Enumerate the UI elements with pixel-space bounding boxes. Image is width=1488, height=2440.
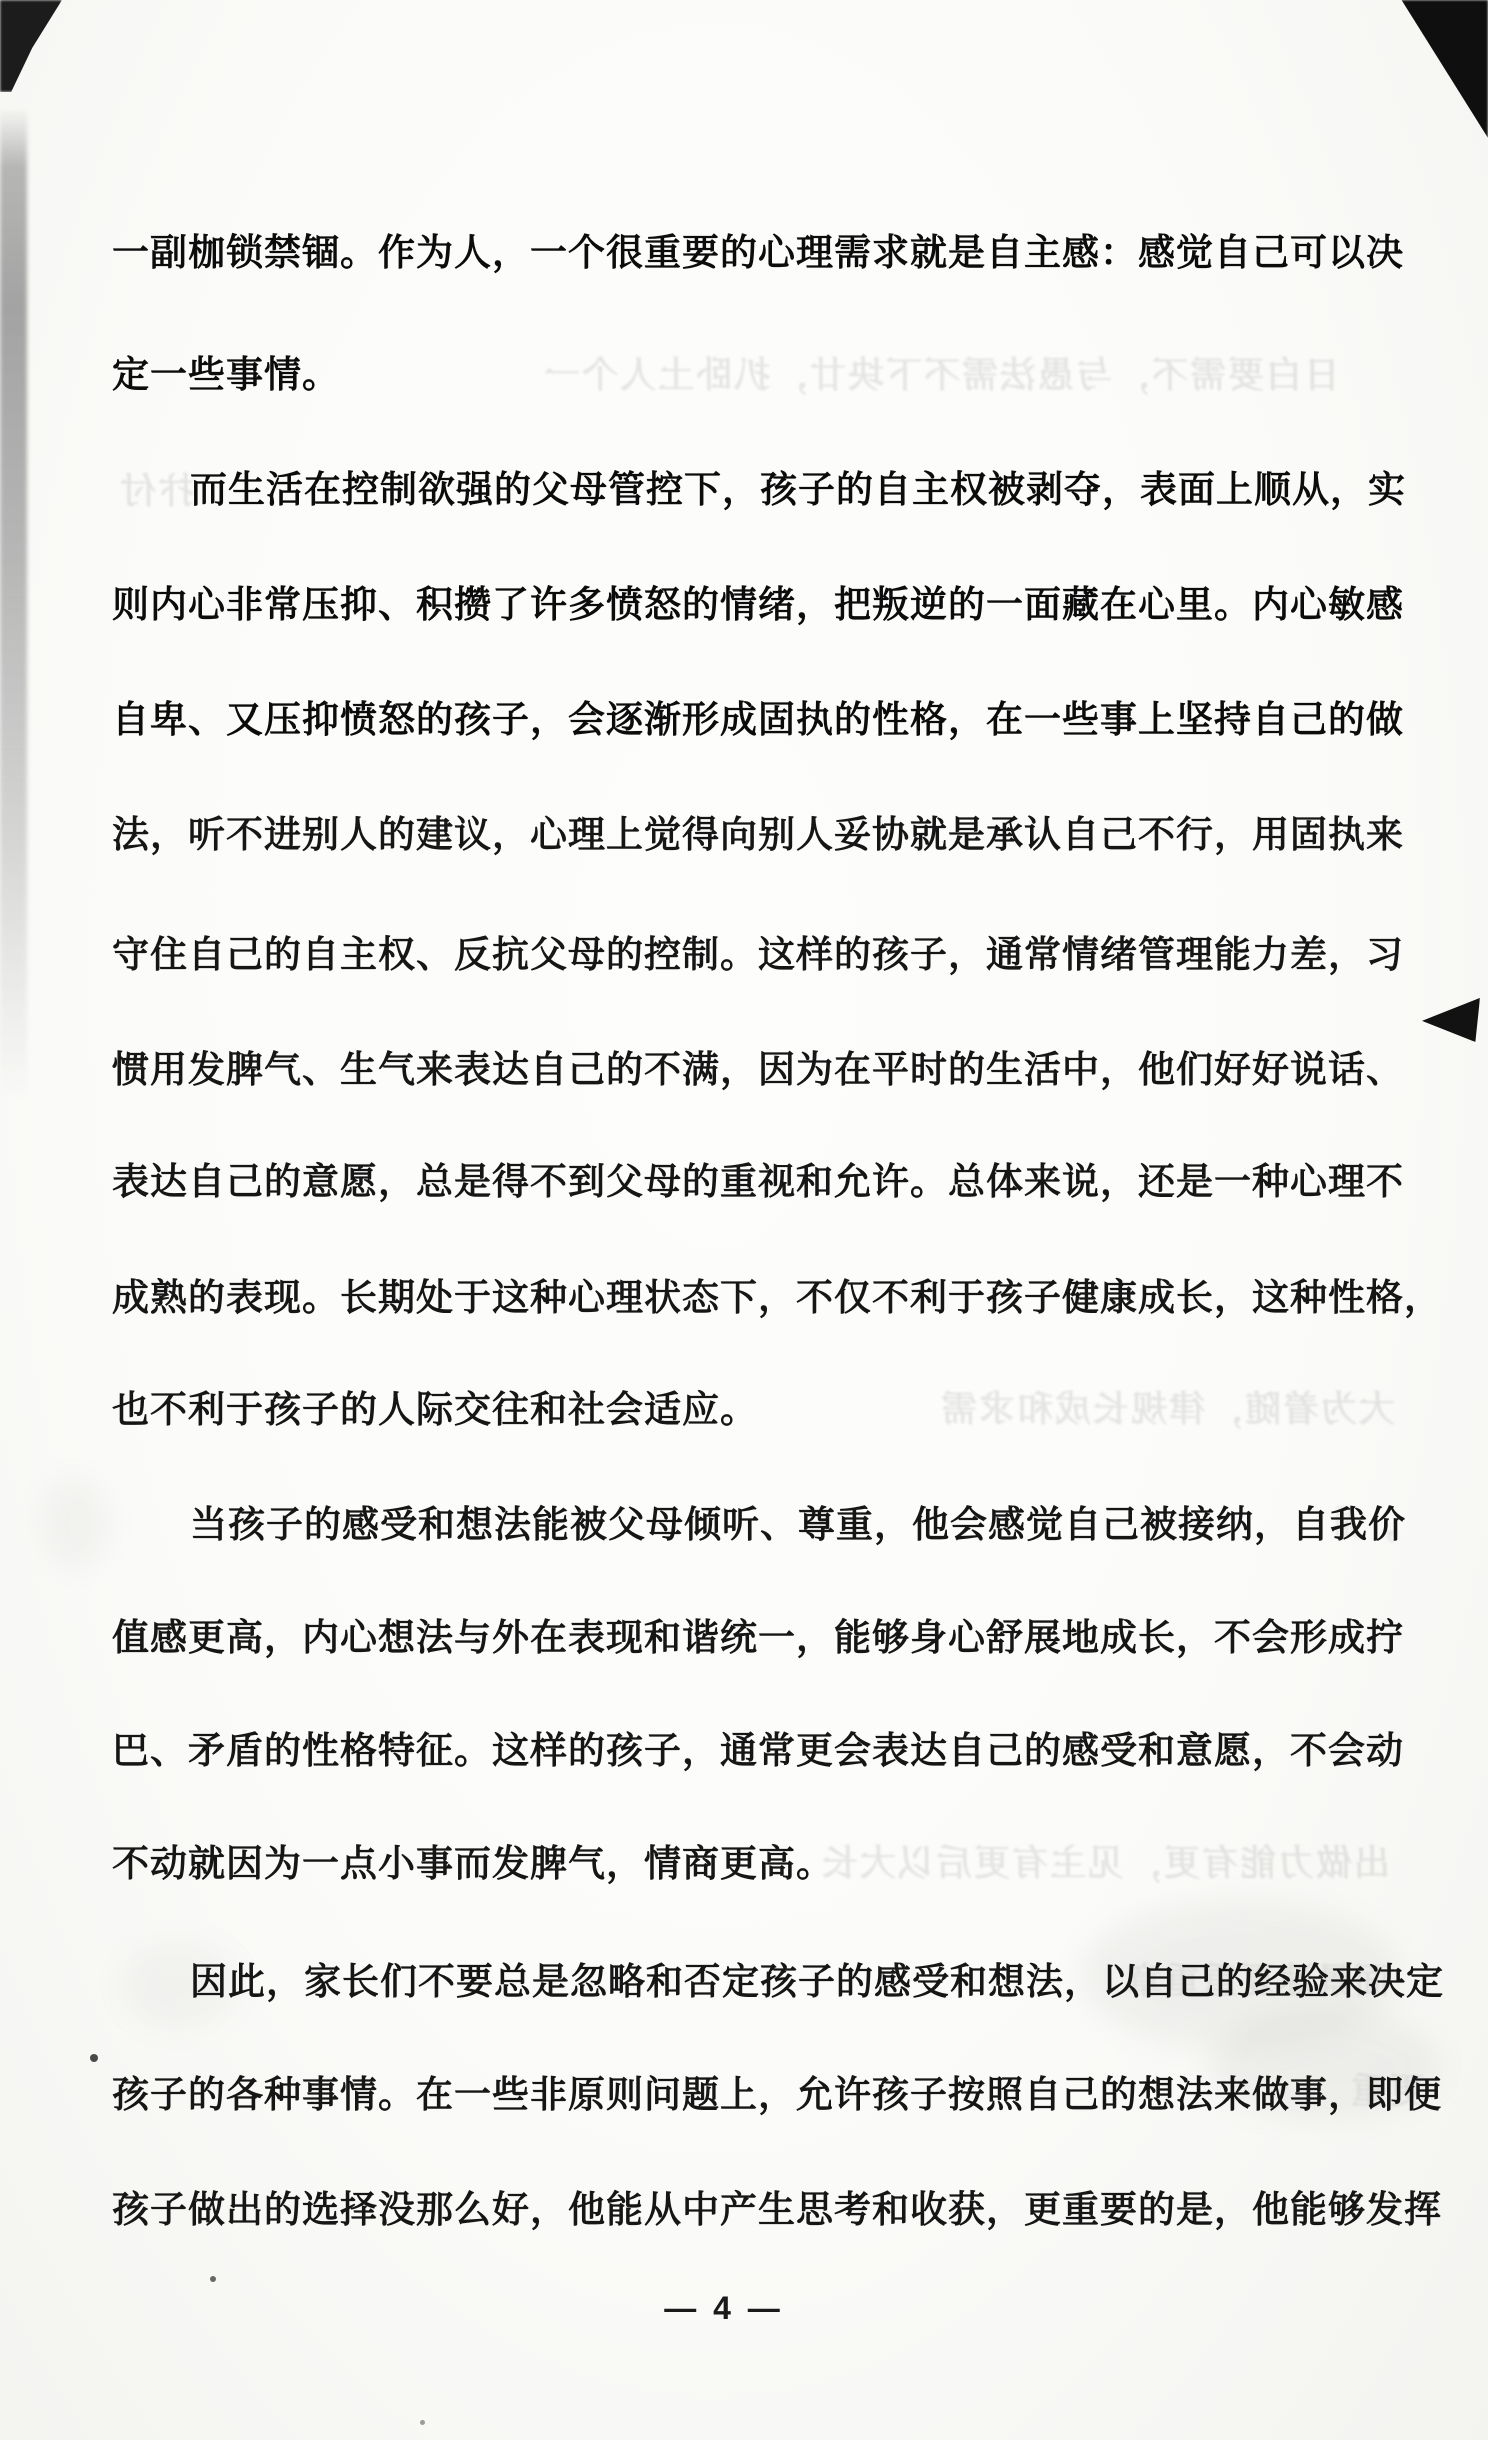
text-line: 孩子的各种事情。在一些非原则问题上，允许孩子按照自己的想法来做事，即便	[112, 2070, 1390, 2120]
ink-speck	[210, 2276, 216, 2282]
text-line: 法，听不进别人的建议，心理上觉得向别人妥协就是承认自己不行，用固执来	[112, 810, 1390, 860]
scanned-book-page: 日白要需不，与愚法需不下块廿，扒卧土人个一 抃付 大为着随，律规长成和求需 ，届…	[0, 0, 1488, 2440]
text-line: 一副枷锁禁锢。作为人，一个很重要的心理需求就是自主感：感觉自己可以决	[112, 228, 1390, 278]
text-line: 成熟的表现。长期处于这种心理状态下，不仅不利于孩子健康成长，这种性格，	[112, 1273, 1390, 1323]
text-line: 当孩子的感受和想法能被父母倾听、尊重，他会感觉自己被接纳，自我价	[112, 1500, 1390, 1550]
text-line: 而生活在控制欲强的父母管控下，孩子的自主权被剥夺，表面上顺从，实	[112, 465, 1390, 515]
text-line: 不动就因为一点小事而发脾气，情商更高。	[112, 1839, 1390, 1889]
ink-speck	[420, 2420, 425, 2425]
text-line: 巴、矛盾的性格特征。这样的孩子，通常更会表达自己的感受和意愿，不会动	[112, 1726, 1390, 1776]
text-line: 值感更高，内心想法与外在表现和谐统一，能够身心舒展地成长，不会形成拧	[112, 1613, 1390, 1663]
text-line: 因此，家长们不要总是忽略和否定孩子的感受和想法，以自己的经验来决定	[112, 1957, 1390, 2007]
scan-corner-mark-top-right	[1396, 0, 1488, 138]
text-line: 守住自己的自主权、反抗父母的控制。这样的孩子，通常情绪管理能力差，习	[112, 930, 1390, 980]
scan-smudge	[40, 1478, 110, 1568]
scan-shadow-band-left	[0, 108, 27, 1098]
text-line: 表达自己的意愿，总是得不到父母的重视和允许。总体来说，还是一种心理不	[112, 1157, 1390, 1207]
scan-corner-mark-top-left	[0, 0, 62, 92]
ink-speck	[90, 2054, 98, 2062]
page-number: — 4 —	[0, 2290, 1448, 2327]
text-line: 自卑、又压抑愤怒的孩子，会逐渐形成固执的性格，在一些事上坚持自己的做	[112, 695, 1390, 745]
text-line: 定一些事情。	[112, 350, 1390, 400]
scan-mark-arrow-right-edge	[1422, 996, 1480, 1042]
text-line: 也不利于孩子的人际交往和社会适应。	[112, 1385, 1390, 1435]
text-line: 孩子做出的选择没那么好，他能从中产生思考和收获，更重要的是，他能够发挥	[112, 2185, 1390, 2235]
text-line: 则内心非常压抑、积攒了许多愤怒的情绪，把叛逆的一面藏在心里。内心敏感	[112, 580, 1390, 630]
text-line: 惯用发脾气、生气来表达自己的不满，因为在平时的生活中，他们好好说话、	[112, 1045, 1390, 1095]
